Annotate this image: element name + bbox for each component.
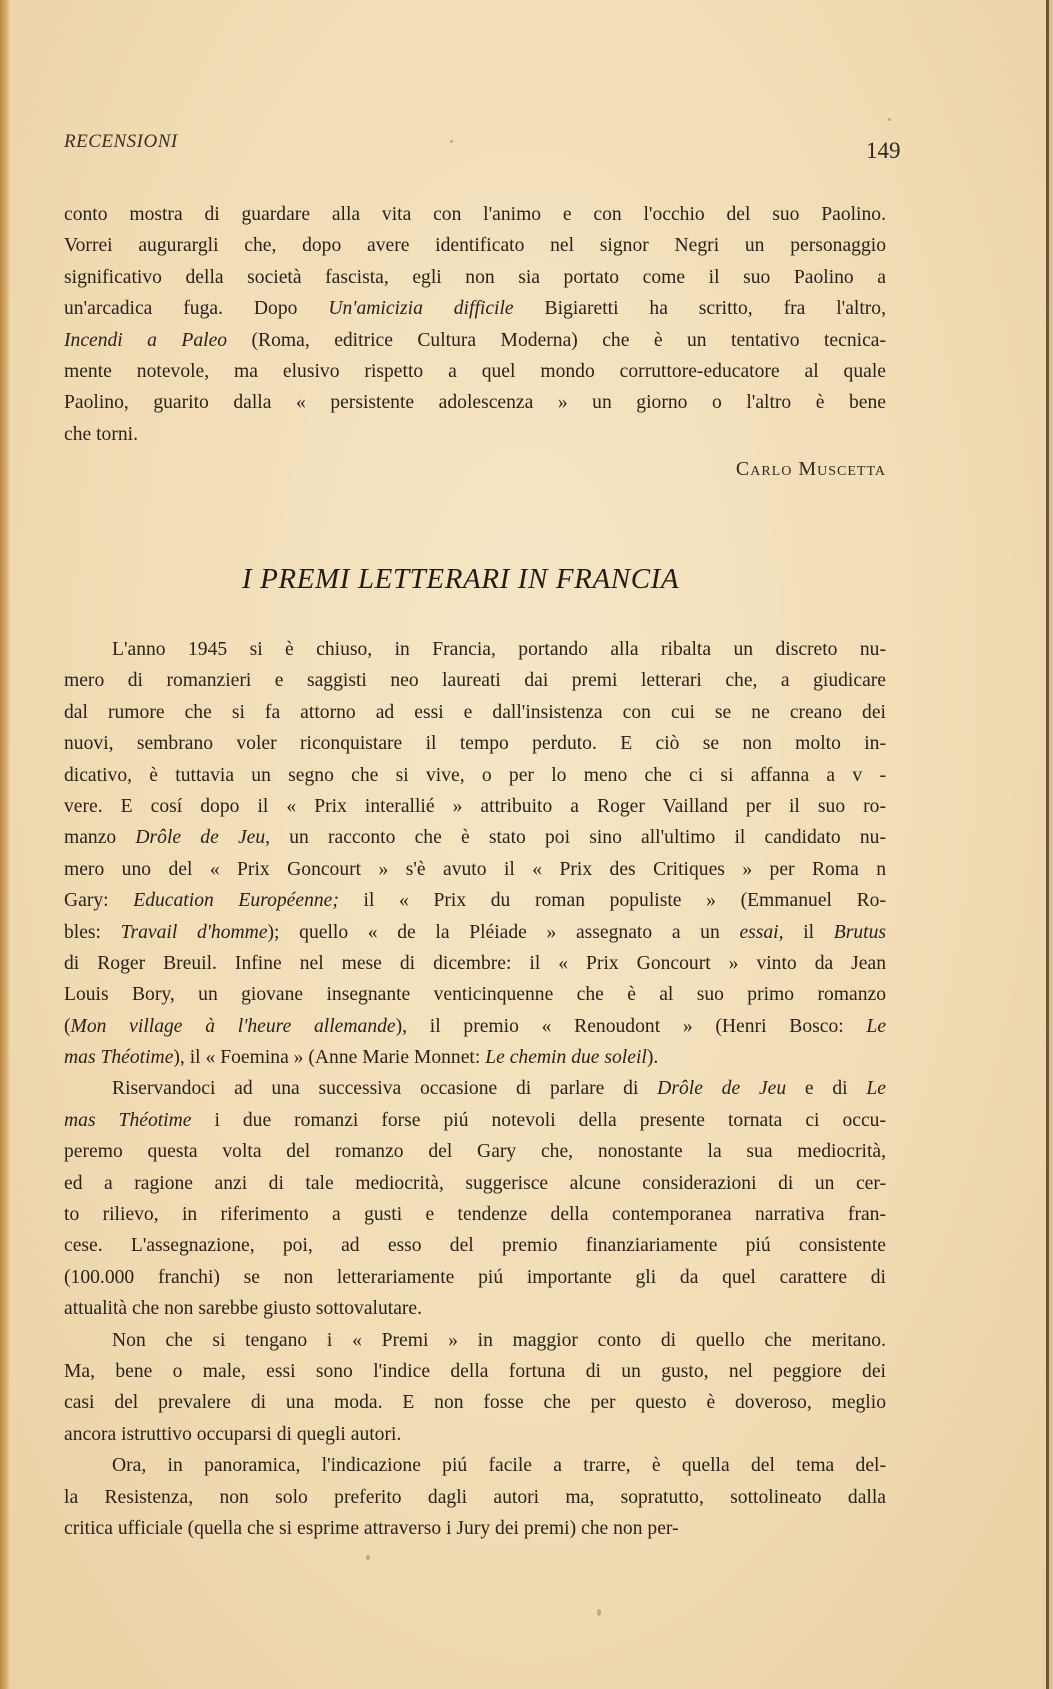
text-line: ed a ragione anzi di tale mediocrità, su… <box>64 1168 886 1199</box>
text-line: (Mon village à l'heure allemande), il pr… <box>64 1011 886 1042</box>
text-line: dal rumore che si fa attorno ad essi e d… <box>64 697 886 728</box>
text-line: Paolino, guarito dalla « persistente ado… <box>64 387 886 418</box>
paper-speck <box>888 118 891 121</box>
paper-speck <box>450 140 453 143</box>
text-line: peremo questa volta del romanzo del Gary… <box>64 1136 886 1167</box>
text-line: vere. E cosí dopo il « Prix interallié »… <box>64 791 886 822</box>
italic-title: Brutus <box>834 922 886 943</box>
text-line: significativo della società fascista, eg… <box>64 262 886 293</box>
page-left-edge <box>0 0 10 1689</box>
text-line: mente notevole, ma elusivo rispetto a qu… <box>64 356 886 387</box>
text-line: un'arcadica fuga. Dopo Un'amicizia diffi… <box>64 293 886 324</box>
text-line: critica ufficiale (quella che si esprime… <box>64 1513 886 1544</box>
text-line: mas Théotime), il « Foemina » (Anne Mari… <box>64 1042 886 1073</box>
text-line: mero uno del « Prix Goncourt » s'è avuto… <box>64 854 886 885</box>
text-line: attualità che non sarebbe giusto sottova… <box>64 1293 886 1324</box>
italic-title: Mon village à l'heure allemande <box>71 1016 396 1037</box>
paragraph: Non che si tengano i « Premi » in maggio… <box>64 1325 886 1451</box>
paragraph: L'anno 1945 si è chiuso, in Francia, por… <box>64 634 886 1073</box>
page-right-shade <box>1049 0 1053 1689</box>
paper-speck <box>366 1555 370 1560</box>
text-line: casi del prevalere di una moda. E non fo… <box>64 1387 886 1418</box>
text-line: Incendi a Paleo (Roma, editrice Cultura … <box>64 325 886 356</box>
italic-title: mas Théotime <box>64 1110 191 1131</box>
italic-title: Le <box>866 1016 886 1037</box>
text-line: dicativo, è tuttavia un segno che si viv… <box>64 760 886 791</box>
text-line: L'anno 1945 si è chiuso, in Francia, por… <box>64 634 886 665</box>
text-line: Louis Bory, un giovane insegnante ventic… <box>64 979 886 1010</box>
text-line: cese. L'assegnazione, poi, ad esso del p… <box>64 1230 886 1261</box>
italic-title: Le chemin due soleil <box>485 1047 647 1068</box>
text-line: to rilievo, in riferimento a gusti e ten… <box>64 1199 886 1230</box>
italic-title: Drôle de Jeu, <box>135 827 270 848</box>
article-title: I PREMI LETTERARI IN FRANCIA <box>242 563 679 596</box>
page-number: 149 <box>866 138 901 164</box>
text-line: (100.000 franchi) se non letterariamente… <box>64 1262 886 1293</box>
text-line: Ora, in panoramica, l'indicazione piú fa… <box>64 1450 886 1481</box>
author-signature: Carlo Muscetta <box>620 458 886 481</box>
text-line: la Resistenza, non solo preferito dagli … <box>64 1482 886 1513</box>
italic-title: Un'amicizia difficile <box>328 298 513 319</box>
italic-title: Travail d'homme <box>121 922 268 943</box>
italic-title: Incendi a Paleo <box>64 330 227 351</box>
italic-title: Le <box>866 1078 886 1099</box>
text-line: Ma, bene o male, essi sono l'indice dell… <box>64 1356 886 1387</box>
text-line: che torni. <box>64 419 886 450</box>
running-head: RECENSIONI <box>64 131 178 153</box>
text-line: mas Théotime i due romanzi forse piú not… <box>64 1105 886 1136</box>
text-line: bles: Travail d'homme); quello « de la P… <box>64 917 886 948</box>
italic-title: mas Théotime <box>64 1047 173 1068</box>
text-line: di Roger Breuil. Infine nel mese di dice… <box>64 948 886 979</box>
text-line: conto mostra di guardare alla vita con l… <box>64 199 886 230</box>
text-line: nuovi, sembrano voler riconquistare il t… <box>64 728 886 759</box>
text-line: ancora istruttivo occuparsi di quegli au… <box>64 1419 886 1450</box>
italic-title: Education Européenne; <box>133 890 339 911</box>
review-ending-text: conto mostra di guardare alla vita con l… <box>64 199 886 450</box>
text-line: Riservandoci ad una successiva occasione… <box>64 1073 886 1104</box>
text-line: Non che si tengano i « Premi » in maggio… <box>64 1325 886 1356</box>
text-line: mero di romanzieri e saggisti neo laurea… <box>64 665 886 696</box>
italic-title: Drôle de Jeu <box>657 1078 786 1099</box>
paragraph: Riservandoci ad una successiva occasione… <box>64 1073 886 1324</box>
text-line: Vorrei augurargli che, dopo avere identi… <box>64 230 886 261</box>
article-body: L'anno 1945 si è chiuso, in Francia, por… <box>64 634 886 1544</box>
italic-title: essai, <box>739 922 783 943</box>
text-line: Gary: Education Européenne; il « Prix du… <box>64 885 886 916</box>
scanned-page: RECENSIONI 149 conto mostra di guardare … <box>0 0 1053 1689</box>
text-line: manzo Drôle de Jeu, un racconto che è st… <box>64 822 886 853</box>
paper-speck <box>597 1609 601 1616</box>
paragraph: Ora, in panoramica, l'indicazione piú fa… <box>64 1450 886 1544</box>
